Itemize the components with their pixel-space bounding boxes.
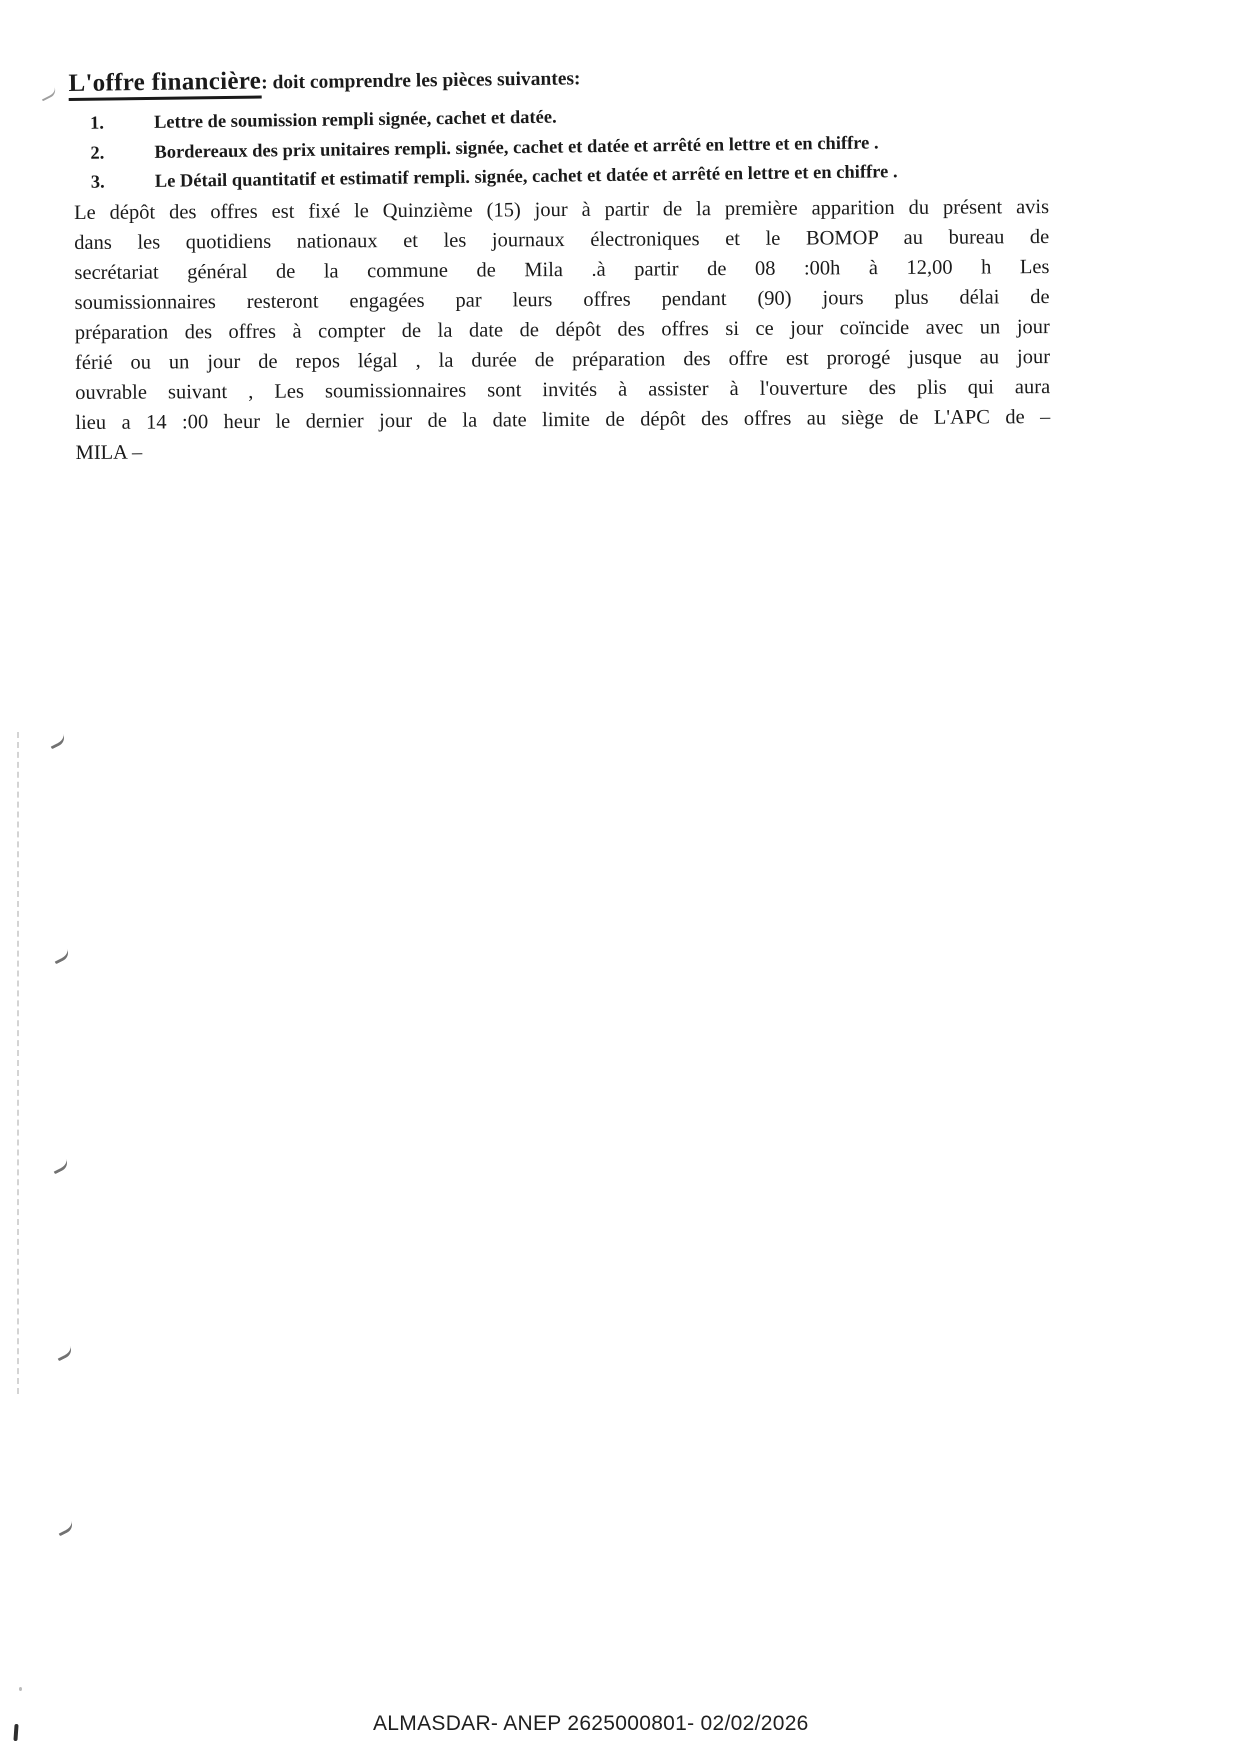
financial-offer-section: L'offre financière: doit comprendre les … [68,57,1060,198]
paragraph-line: MILA – [75,432,1050,468]
scan-speck [19,1687,22,1691]
scan-mark [55,1346,74,1362]
scan-mark [39,87,58,102]
scanned-document-page: { "document": { "ink_color": "#1a1a1a", … [0,0,1241,1754]
list-item-number: 3. [91,168,155,198]
footer-imprint: ALMASDAR- ANEP 2625000801- 02/02/2026 [373,1712,809,1736]
financial-offer-title-suffix: : doit comprendre les pièces suivantes: [261,68,581,93]
scan-mark [51,1159,70,1175]
deposit-paragraph: Le dépôt des offres est fixé le Quinzièm… [74,192,1051,468]
paragraph-line: lieu a 14 :00 heur le dernier jour de la… [75,402,1050,438]
page-fold-line [17,732,19,1394]
scan-mark [48,734,67,750]
financial-offer-heading: L'offre financière: doit comprendre les … [68,57,1058,98]
list-item-number: 1. [90,109,154,139]
financial-offer-title: L'offre financière [68,67,261,101]
scan-edge-mark [13,1724,18,1741]
scan-mark [56,1521,75,1537]
list-item-number: 2. [90,138,154,168]
scan-mark [52,949,71,965]
